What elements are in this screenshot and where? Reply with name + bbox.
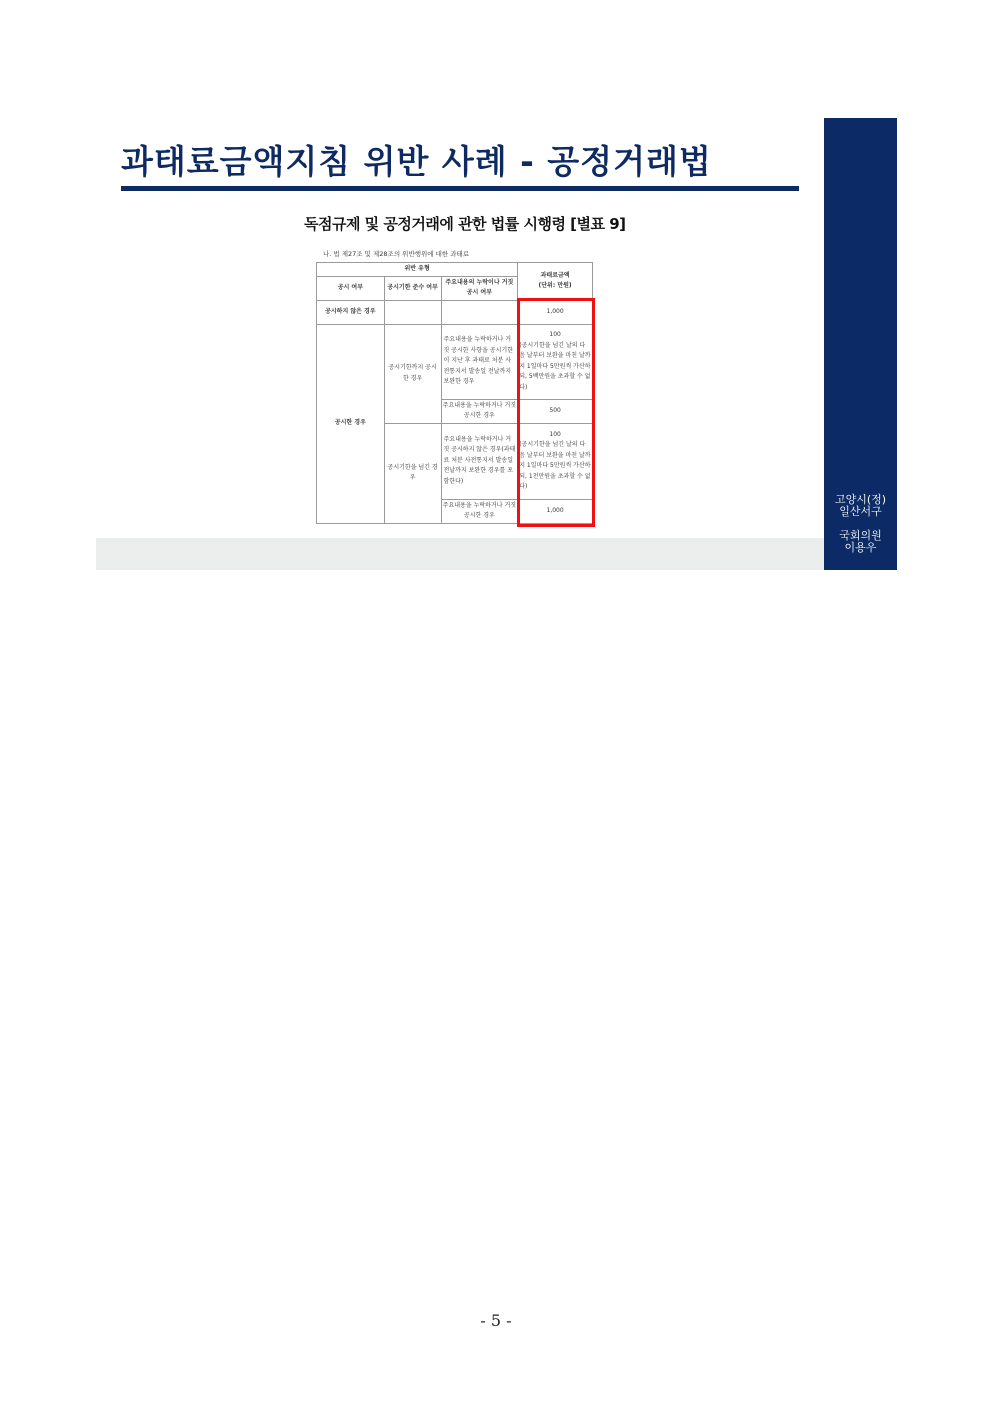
highlight-box <box>517 298 595 527</box>
cell-omission-desc: 주요내용을 누락하거나 거짓 공시한 사항을 공시기한이 지난 후 과태료 처분… <box>441 324 518 399</box>
title-underline <box>121 186 799 191</box>
header-violation-type: 위반 유형 <box>317 263 518 277</box>
side-bar: 고양시(정) 일산서구 국회의원 이용우 <box>824 118 897 570</box>
header-penalty-unit: (단위: 만원) <box>539 282 572 289</box>
cell-omission-desc: 주요내용을 누락하거나 거짓 공시한 경우 <box>441 499 518 523</box>
document-heading: 독점규제 및 공정거래에 관한 법률 시행령 [별표 9] <box>304 213 626 234</box>
district-label: 고양시(정) 일산서구 <box>824 494 897 518</box>
document-subheading: 나. 법 제27조 및 제28조의 위반행위에 대한 과태료 <box>323 249 469 258</box>
header-penalty-label: 과태료금액 <box>541 272 570 279</box>
footer-band <box>96 538 824 570</box>
cell-past-deadline: 공시기한을 넘긴 경우 <box>384 423 441 523</box>
slide-title: 과태료금액지침 위반 사례 - 공정거래법 <box>121 136 712 183</box>
cell-within-deadline: 공시기한까지 공시한 경우 <box>384 324 441 423</box>
cell-omission-desc: 주요내용을 누락하거나 거짓 공시한 경우 <box>441 399 518 423</box>
header-disclosure: 공시 여부 <box>317 276 385 300</box>
cell-empty <box>441 300 518 324</box>
header-omission: 주요내용의 누락이나 거짓 공시 여부 <box>441 276 518 300</box>
member-label: 국회의원 이용우 <box>824 530 897 554</box>
header-penalty-amount: 과태료금액 (단위: 만원) <box>518 263 593 301</box>
page-number: - 5 - <box>0 1311 992 1330</box>
cell-not-disclosed: 공시하지 않은 경우 <box>317 300 385 324</box>
cell-omission-desc: 주요내용을 누락하거나 거짓 공시하지 않은 경우(과태료 처분 사전통지서 발… <box>441 423 518 499</box>
cell-empty <box>384 300 441 324</box>
cell-disclosed: 공시한 경우 <box>317 324 385 523</box>
header-deadline: 공시기한 준수 여부 <box>384 276 441 300</box>
